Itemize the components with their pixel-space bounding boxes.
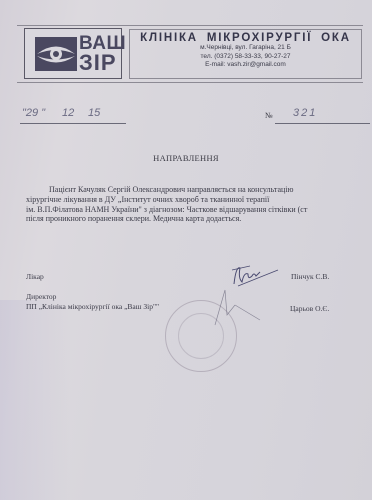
- seal-stamp-inner: [178, 313, 224, 359]
- clinic-phone: тел. (0372) 58-33-33, 90-27-27: [130, 53, 361, 62]
- date-day: "29 ": [22, 107, 45, 119]
- document-title: НАПРАВЛЕННЯ: [0, 153, 372, 163]
- light-shadow: [0, 300, 70, 500]
- body-line: ім. В.П.Філатова НАМН України" з діагноз…: [26, 205, 372, 215]
- date-month: 12: [62, 107, 74, 119]
- number-label: №: [265, 111, 273, 120]
- clinic-email: E-mail: vash.zir@gmail.com: [130, 61, 361, 70]
- document-number: 321: [293, 107, 317, 119]
- date-field: "29 " 12 15: [20, 104, 126, 124]
- logo-wordmark: ВАШ ЗІР: [79, 34, 126, 72]
- document-body: Пацієнт Качуляк Сергій Олександрович нап…: [26, 185, 372, 224]
- body-line: Пацієнт Качуляк Сергій Олександрович нап…: [26, 185, 372, 195]
- letterhead: ВАШ ЗІР КЛІНІКА МІКРОХІРУРГІЇ ОКА м.Черн…: [17, 25, 363, 83]
- doctor-label: Лікар: [26, 272, 44, 281]
- number-field: 321: [275, 104, 370, 124]
- director-label: Директор: [26, 292, 56, 301]
- clinic-info: КЛІНІКА МІКРОХІРУРГІЇ ОКА м.Чернівці, ву…: [129, 29, 362, 79]
- doctor-name: Пінчук С.В.: [291, 272, 329, 281]
- logo-line-2: ЗІР: [79, 53, 126, 72]
- body-line: хірургічне лікування в ДУ „Інститут очни…: [26, 195, 372, 205]
- clinic-name: КЛІНІКА МІКРОХІРУРГІЇ ОКА: [130, 32, 361, 44]
- clinic-address: м.Чернівці, вул. Гагаріна, 21 Б: [130, 44, 361, 53]
- clinic-logo: ВАШ ЗІР: [24, 28, 122, 79]
- date-year: 15: [88, 107, 100, 119]
- director-name: Царьов О.Є.: [290, 304, 329, 313]
- director-organization: ПП „Клініка мікрохірургії ока „Ваш Зір"": [26, 302, 159, 311]
- body-line: після проникного поранення склери. Медич…: [26, 214, 372, 224]
- eye-logo-icon: [35, 37, 77, 71]
